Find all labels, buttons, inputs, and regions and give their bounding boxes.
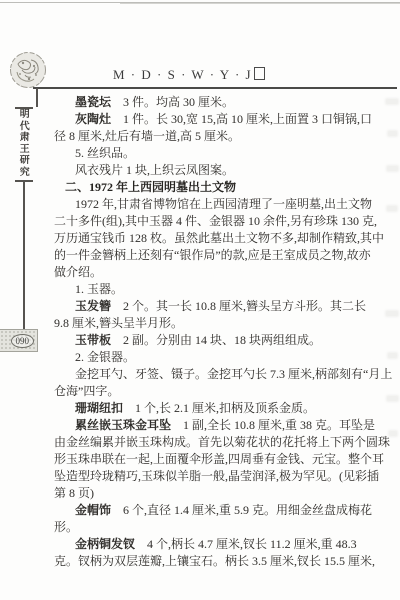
- spine-title-char: 王: [19, 145, 29, 157]
- missing-char-box-icon: [254, 67, 265, 80]
- text-line: 径 8 厘米,灶后有墙一道,高 5 厘米。: [54, 128, 397, 145]
- text-line: 1. 玉器。: [54, 281, 397, 298]
- text-line: 仓海”四字。: [54, 383, 397, 400]
- series-code-text: M · D · S · W · Y · J: [113, 67, 252, 82]
- text-line: 的一件金簪柄上还刻有“银作局”的款,应是王室成员之物,故亦: [54, 247, 397, 264]
- text-line: 9.8 厘米,簪头呈半月形。: [54, 315, 397, 332]
- spine-bracket-top: [15, 107, 33, 109]
- bleed-through-mark: [386, 205, 398, 212]
- text-line: 墨瓷坛 3 件。均高 30 厘米。: [54, 94, 397, 111]
- spine-title-char: 明: [19, 110, 29, 122]
- text-line: 累丝嵌玉珠金耳坠 1 副,全长 10.8 厘米,重 38 克。耳坠是: [54, 417, 397, 434]
- scanned-book-page: { "header": { "code_label": "M · D · S ·…: [0, 0, 400, 600]
- page-number: 090: [11, 334, 35, 348]
- text-line: 玉发簪 2 个。其一长 10.8 厘米,簪头呈方斗形。其二长: [54, 298, 397, 315]
- item-name: 墨瓷坛: [75, 95, 111, 109]
- text-line: 形玉珠串联在一起,上面覆伞形盖,四周垂有金钱、元宝。整个耳: [54, 451, 397, 468]
- text-line: 坠造型玲珑精巧,玉珠似羊脂一般,晶莹润泽,极为罕见。(见彩插: [54, 468, 397, 485]
- text-line: 5. 丝织品。: [54, 145, 397, 162]
- text-line: 第 8 页): [54, 485, 397, 502]
- text-block: 墨瓷坛 3 件。均高 30 厘米。灰陶灶 1 件。长 30,宽 15,高 10 …: [54, 94, 397, 570]
- publisher-seal-icon: [8, 50, 48, 90]
- item-name: 珊瑚纽扣: [75, 401, 123, 415]
- text-line: 做介绍。: [54, 264, 397, 281]
- item-name: 玉发簪: [75, 299, 111, 313]
- text-line: 玉带板 2 副。分别由 14 块、18 块两组组成。: [54, 332, 397, 349]
- item-name: 玉带板: [75, 333, 111, 347]
- item-name: 金柄铜发钗: [75, 537, 135, 551]
- book-page: M · D · S · W · Y · J 明代肃王研究 090 墨瓷坛 3 件…: [0, 0, 400, 600]
- spine-rail-top: [36, 88, 38, 107]
- spine-title-char: 肃: [19, 133, 29, 145]
- text-line: 万历通宝钱币 128 枚。虽然此墓出土文物不多,却制作精致,其中: [54, 230, 397, 247]
- text-line: 二十多件(组),其中玉器 4 件、金银器 10 余件,另有珍珠 130 克,: [54, 213, 397, 230]
- item-name: 灰陶灶: [75, 112, 111, 126]
- text-line: 珊瑚纽扣 1 个,长 2.1 厘米,扣柄及顶系金质。: [54, 400, 397, 417]
- item-name: 金帽饰: [75, 503, 111, 517]
- spine-title: 明代肃王研究: [18, 110, 31, 179]
- text-line: 形。: [54, 519, 397, 536]
- series-code: M · D · S · W · Y · J: [113, 67, 313, 83]
- text-line: 由金丝编累并嵌玉珠构成。首先以菊花状的花托将上下两个圆珠: [54, 434, 397, 451]
- page-number-badge: 090: [0, 329, 38, 352]
- text-line: 克。钗柄为双层莲瓣,上镶宝石。柄长 3.5 厘米,钗长 15.5 厘米,: [54, 553, 397, 570]
- text-line: 金帽饰 6 个,直径 1.4 厘米,重 5.9 克。用细金丝盘成梅花: [54, 502, 397, 519]
- text-line: 风衣残片 1 块,上织云凤图案。: [54, 162, 397, 179]
- scan-edge-line-2: [120, 3, 400, 4]
- spine-title-char: 研: [19, 156, 29, 168]
- bleed-through-mark: [388, 430, 398, 437]
- text-line: 灰陶灶 1 件。长 30,宽 15,高 10 厘米,上面置 3 口铜锅,口: [54, 111, 397, 128]
- text-line: 金挖耳勺、牙签、镊子。金挖耳勺长 7.3 厘米,柄部刻有“月上: [54, 366, 397, 383]
- section-heading: 二、1972 年上西园明墓出土文物: [54, 179, 397, 196]
- bleed-through-mark: [386, 395, 399, 402]
- spine-title-char: 代: [19, 122, 29, 134]
- bleed-through-mark: [385, 98, 399, 105]
- bleed-through-mark: [386, 165, 399, 172]
- header-rule: [33, 87, 397, 89]
- spine-title-char: 究: [19, 168, 29, 180]
- text-line: 1972 年,甘肃省博物馆在上西园清理了一座明墓,出土文物: [54, 196, 397, 213]
- bleed-through-mark: [387, 130, 398, 137]
- spine-rail-bottom: [23, 181, 25, 329]
- bleed-through-mark: [385, 310, 399, 317]
- item-name: 累丝嵌玉珠金耳坠: [75, 418, 171, 432]
- text-line: 金柄铜发钗 4 个,柄长 4.7 厘米,钗长 11.2 厘米,重 48.3: [54, 536, 397, 553]
- bleed-through-mark: [387, 352, 398, 359]
- text-line: 2. 金银器。: [54, 349, 397, 366]
